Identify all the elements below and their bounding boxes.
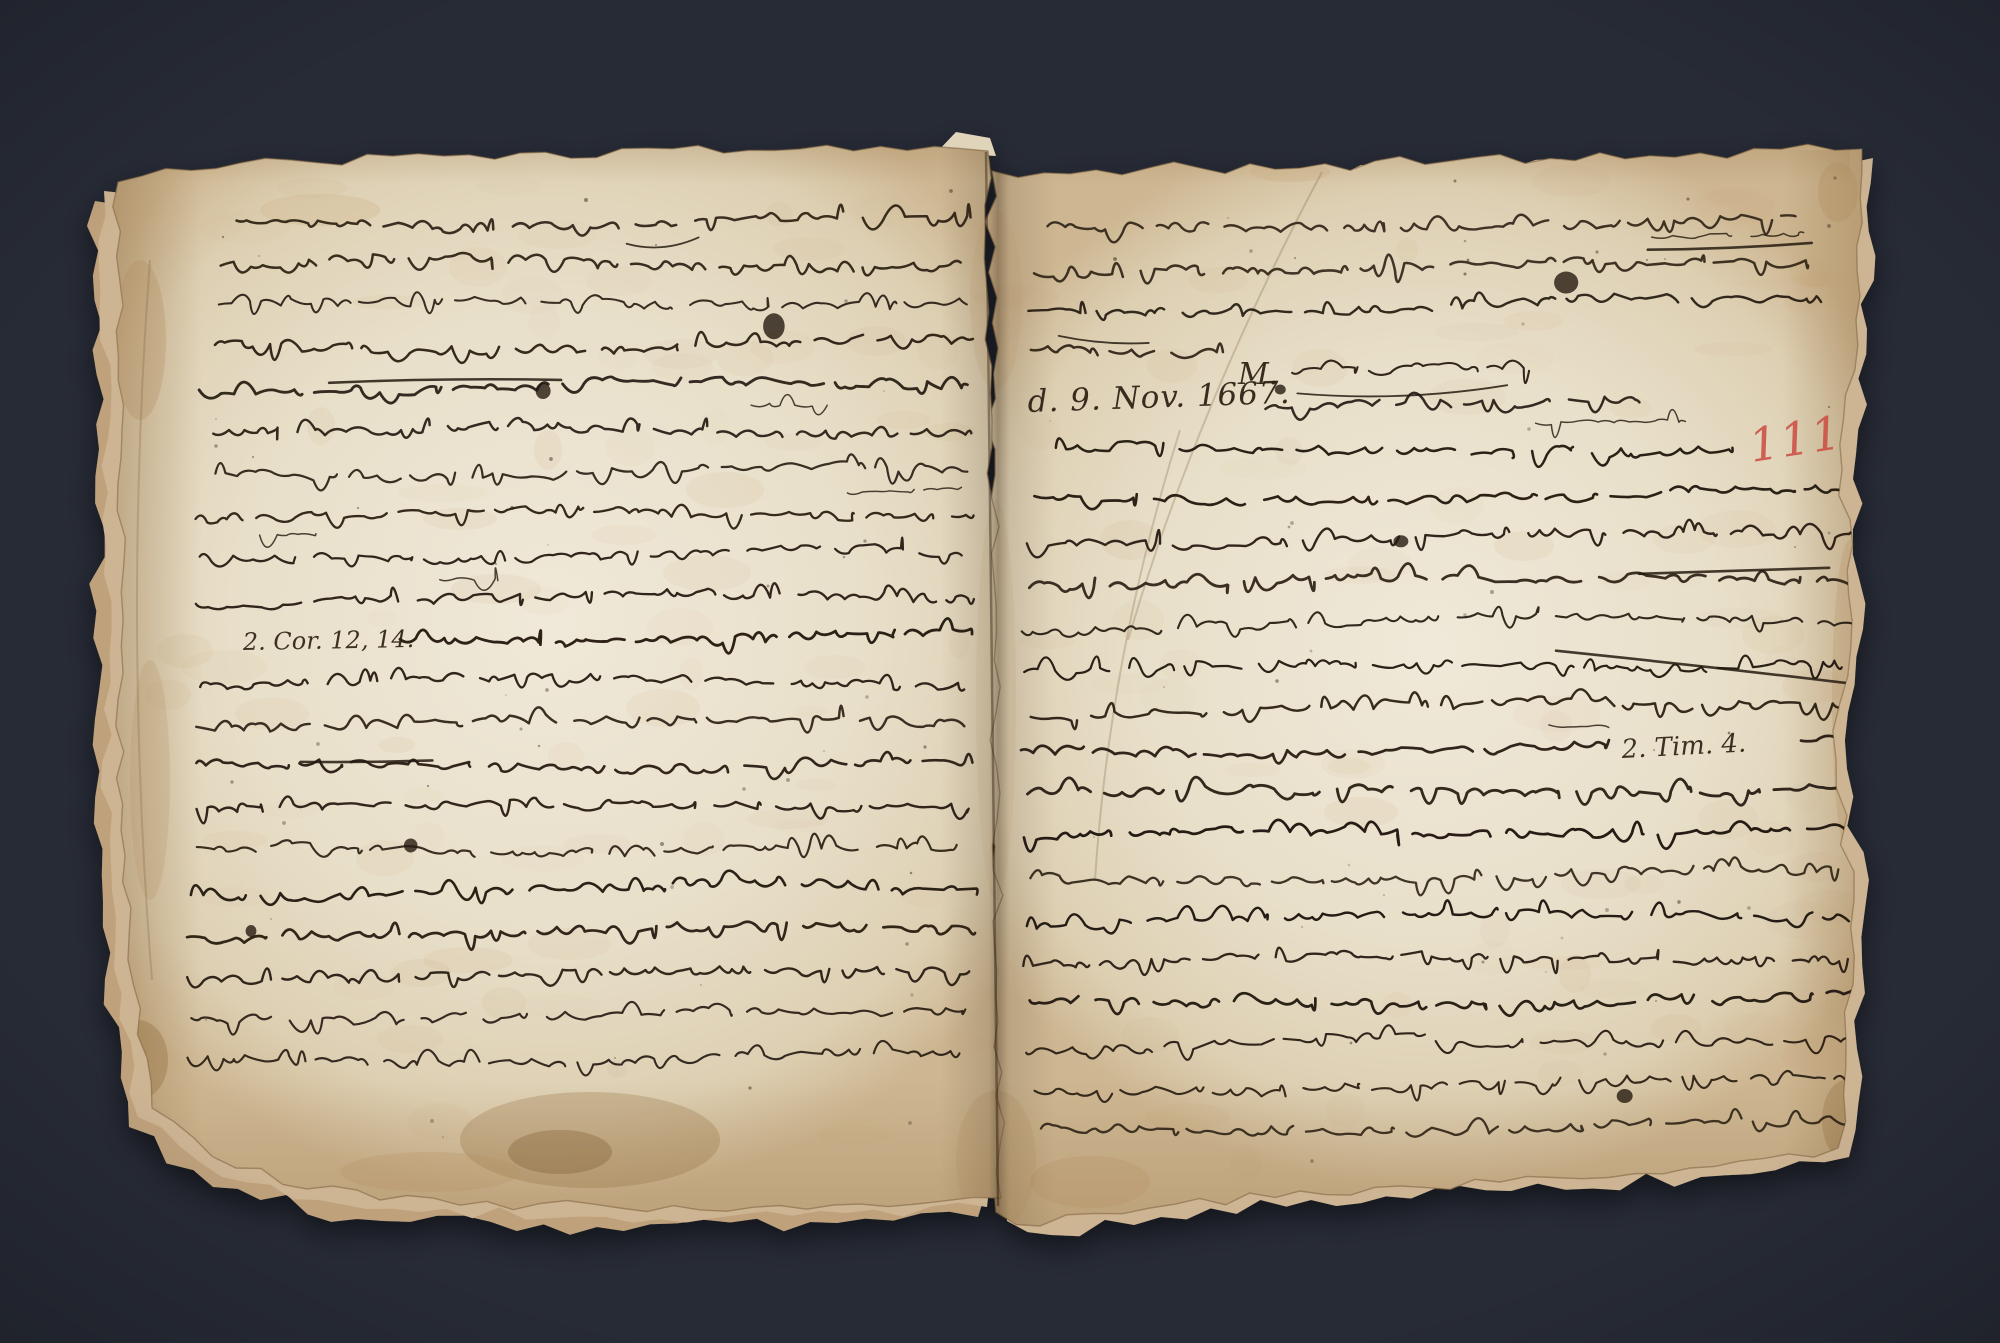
paper-texture xyxy=(423,508,497,530)
ink-speck xyxy=(495,563,497,565)
ink-speck xyxy=(1750,703,1752,705)
paper-texture xyxy=(686,472,764,508)
paper-texture xyxy=(1580,979,1648,999)
paper-texture xyxy=(1396,238,1418,262)
paper-texture xyxy=(1610,397,1652,419)
paper-texture xyxy=(592,525,656,545)
paper-texture xyxy=(377,1025,443,1053)
ink-speck xyxy=(1093,836,1095,838)
ink-speck xyxy=(214,444,217,447)
paper-texture xyxy=(519,994,601,1018)
ink-speck xyxy=(863,539,866,542)
paper-texture xyxy=(1225,763,1279,777)
ink-speck xyxy=(1290,521,1294,525)
paper-texture xyxy=(793,706,827,718)
paper-texture xyxy=(846,326,906,356)
paper-texture xyxy=(1503,311,1563,331)
ink-speck xyxy=(205,1019,207,1021)
ink-speck xyxy=(1677,900,1681,904)
ink-speck xyxy=(1481,960,1484,963)
book-generated xyxy=(87,132,1875,1236)
ink-speck xyxy=(357,507,359,509)
signature-initial: M. xyxy=(1237,357,1278,392)
ink-speck xyxy=(1463,272,1466,275)
paper-texture xyxy=(501,276,563,314)
paper-texture xyxy=(402,788,444,804)
ink-speck xyxy=(742,787,745,790)
ink-speck xyxy=(910,993,914,997)
ink-speck xyxy=(519,727,522,730)
ink-speck xyxy=(1310,1159,1313,1162)
paper-texture xyxy=(1091,674,1169,694)
paper-texture xyxy=(1219,457,1307,479)
ink-speck xyxy=(252,456,254,458)
ink-speck xyxy=(843,556,846,559)
ink-speck xyxy=(844,299,847,302)
paper-texture xyxy=(367,609,397,627)
ink-speck xyxy=(1603,1052,1606,1055)
ink-speck xyxy=(282,821,286,825)
ink-speck xyxy=(1163,686,1165,688)
paper-texture xyxy=(379,737,415,753)
ink-speck xyxy=(442,1136,444,1138)
ink-speck xyxy=(1049,420,1051,422)
ink-speck xyxy=(505,694,507,696)
paper-texture xyxy=(796,779,836,791)
ink-speck xyxy=(1646,259,1648,261)
ink-speck xyxy=(258,255,260,257)
ink-speck xyxy=(1828,532,1831,535)
paper-texture xyxy=(202,831,268,849)
ink-speck xyxy=(1794,546,1796,548)
ink-speck xyxy=(1827,224,1831,228)
scene-svg: 2. Cor. 12, 14. d. 9. Nov. 1667. M. 2. T… xyxy=(0,0,2000,1343)
stain xyxy=(1818,162,1858,222)
paper-texture xyxy=(1100,520,1160,560)
ink-speck xyxy=(823,750,825,752)
ink-speck xyxy=(1655,1000,1657,1002)
paper-texture xyxy=(773,819,825,833)
ink-speck xyxy=(670,885,674,889)
ink-speck xyxy=(1454,180,1457,183)
paper-texture xyxy=(1428,379,1506,415)
ink-speck xyxy=(1521,322,1524,325)
ink-speck xyxy=(1383,894,1385,896)
ink-speck xyxy=(1527,427,1531,431)
paper-texture xyxy=(605,428,655,466)
paper-texture xyxy=(877,411,931,429)
ink-speck xyxy=(1561,937,1564,940)
ink-speck xyxy=(1301,926,1303,928)
ink-speck xyxy=(510,506,514,510)
ink-speck xyxy=(1113,257,1117,261)
paper-texture xyxy=(534,430,562,470)
stain xyxy=(340,1152,520,1192)
paper-texture xyxy=(1624,874,1664,894)
paper-texture xyxy=(750,330,814,364)
paper-texture xyxy=(333,974,395,1000)
stain xyxy=(130,660,170,900)
ink-speck xyxy=(1545,971,1547,973)
paper-texture xyxy=(1723,1013,1791,1043)
ink-speck xyxy=(1310,650,1313,653)
paper-texture xyxy=(1698,510,1776,548)
paper-texture xyxy=(398,484,488,502)
ink-speck xyxy=(1249,249,1253,253)
manuscript-photo: 2. Cor. 12, 14. d. 9. Nov. 1667. M. 2. T… xyxy=(0,0,2000,1343)
ink-speck xyxy=(908,1121,912,1125)
ink-speck xyxy=(1288,526,1291,529)
paper-texture xyxy=(1559,955,1591,993)
ink-speck xyxy=(215,418,217,420)
ink-speck xyxy=(1464,240,1467,243)
ink-speck xyxy=(1348,864,1351,867)
ink-speck xyxy=(222,236,224,238)
ink-speck xyxy=(655,244,657,246)
ink-speck xyxy=(883,390,885,392)
scripture-reference-left: 2. Cor. 12, 14. xyxy=(242,625,415,656)
ink-speck xyxy=(949,189,953,193)
book xyxy=(87,132,1875,1236)
paper-texture xyxy=(1476,342,1554,374)
paper-texture xyxy=(1694,342,1772,356)
ink-speck xyxy=(1605,908,1609,912)
ink-blot xyxy=(246,925,257,937)
ink-speck xyxy=(1833,176,1836,179)
ink-speck xyxy=(584,198,588,202)
ink-speck xyxy=(923,745,926,748)
ink-speck xyxy=(427,785,429,787)
paper-texture xyxy=(773,237,845,261)
ink-blot xyxy=(404,838,418,852)
ink-speck xyxy=(316,742,320,746)
ink-speck xyxy=(270,918,272,920)
paper-texture xyxy=(307,407,335,445)
ink-speck xyxy=(767,585,770,588)
ink-speck xyxy=(1490,590,1494,594)
ink-speck xyxy=(700,984,702,986)
ink-speck xyxy=(660,842,664,846)
ink-speck xyxy=(230,780,233,783)
paper-texture xyxy=(1705,189,1751,205)
ink-speck xyxy=(1467,259,1470,262)
paper-texture xyxy=(804,655,866,679)
ink-speck xyxy=(910,872,913,875)
ink-speck xyxy=(1664,258,1666,260)
ink-blot xyxy=(536,383,551,399)
paper-texture xyxy=(1324,797,1398,827)
paper-texture xyxy=(586,266,652,296)
ink-speck xyxy=(905,942,908,945)
ink-speck xyxy=(547,544,549,546)
stain xyxy=(508,1130,612,1174)
ink-speck xyxy=(545,688,549,692)
ink-speck xyxy=(1294,257,1296,259)
ink-blot xyxy=(763,313,785,339)
ink-speck xyxy=(1595,250,1598,253)
ink-speck xyxy=(1350,1042,1353,1045)
paper-texture xyxy=(663,555,751,591)
ink-speck xyxy=(538,745,541,748)
ink-speck xyxy=(748,1086,751,1089)
ink-speck xyxy=(1227,217,1229,219)
ink-speck xyxy=(1747,906,1751,910)
ink-speck xyxy=(549,457,553,461)
paper-texture xyxy=(1430,487,1484,525)
ink-speck xyxy=(614,1057,616,1059)
ink-speck xyxy=(1686,197,1689,200)
stain xyxy=(114,260,166,420)
ink-speck xyxy=(1463,613,1466,616)
ink-speck xyxy=(1385,699,1387,701)
ink-speck xyxy=(1275,679,1279,683)
ink-speck xyxy=(865,695,869,699)
ink-speck xyxy=(430,1119,434,1123)
ink-speck xyxy=(786,778,790,782)
paper-texture xyxy=(1434,323,1518,341)
